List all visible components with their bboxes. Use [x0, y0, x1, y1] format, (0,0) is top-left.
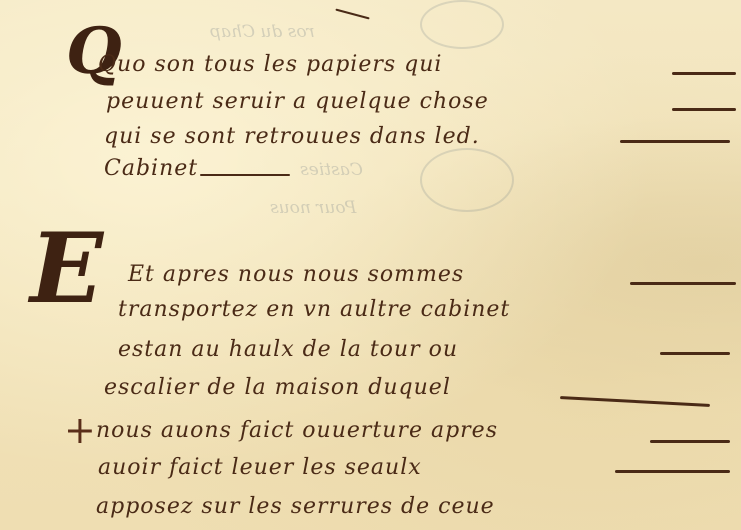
line-filler [672, 72, 736, 75]
bleed-through-text: Casties [300, 160, 363, 180]
initial-letter: E [30, 212, 103, 325]
line-filler [672, 108, 736, 111]
line-filler [660, 352, 730, 355]
line-filler [200, 174, 290, 176]
bleed-through-flourish [420, 148, 514, 212]
text-line: apposez sur les serrures de ceue [96, 494, 495, 519]
line-filler [615, 470, 730, 473]
bleed-through-text: ros du Chap [210, 22, 315, 42]
bleed-through-flourish [420, 0, 504, 49]
text-line: Quo son tous les papiers qui [98, 52, 442, 77]
manuscript-page: ros du Chap Casties Pour nous Q Quo son … [0, 0, 741, 530]
text-line: Et apres nous nous sommes [128, 262, 464, 287]
text-line: Cabinet [104, 156, 198, 181]
ink-mark [335, 9, 369, 20]
bleed-through-text: Pour nous [270, 198, 356, 218]
text-line: qui se sont retrouues dans led. [104, 124, 480, 149]
text-line: nous auons faict ouuerture apres [96, 418, 498, 443]
line-filler [620, 140, 730, 143]
line-filler [560, 396, 710, 407]
text-line: estan au haulx de la tour ou [118, 337, 458, 362]
margin-cross-mark: + [64, 408, 96, 452]
text-line: peuuent seruir a quelque chose [106, 89, 489, 114]
line-filler [630, 282, 736, 285]
line-filler [650, 440, 730, 443]
text-line: auoir faict leuer les seaulx [98, 455, 422, 480]
text-line: transportez en vn aultre cabinet [118, 297, 510, 322]
text-line: escalier de la maison duquel [104, 375, 451, 400]
